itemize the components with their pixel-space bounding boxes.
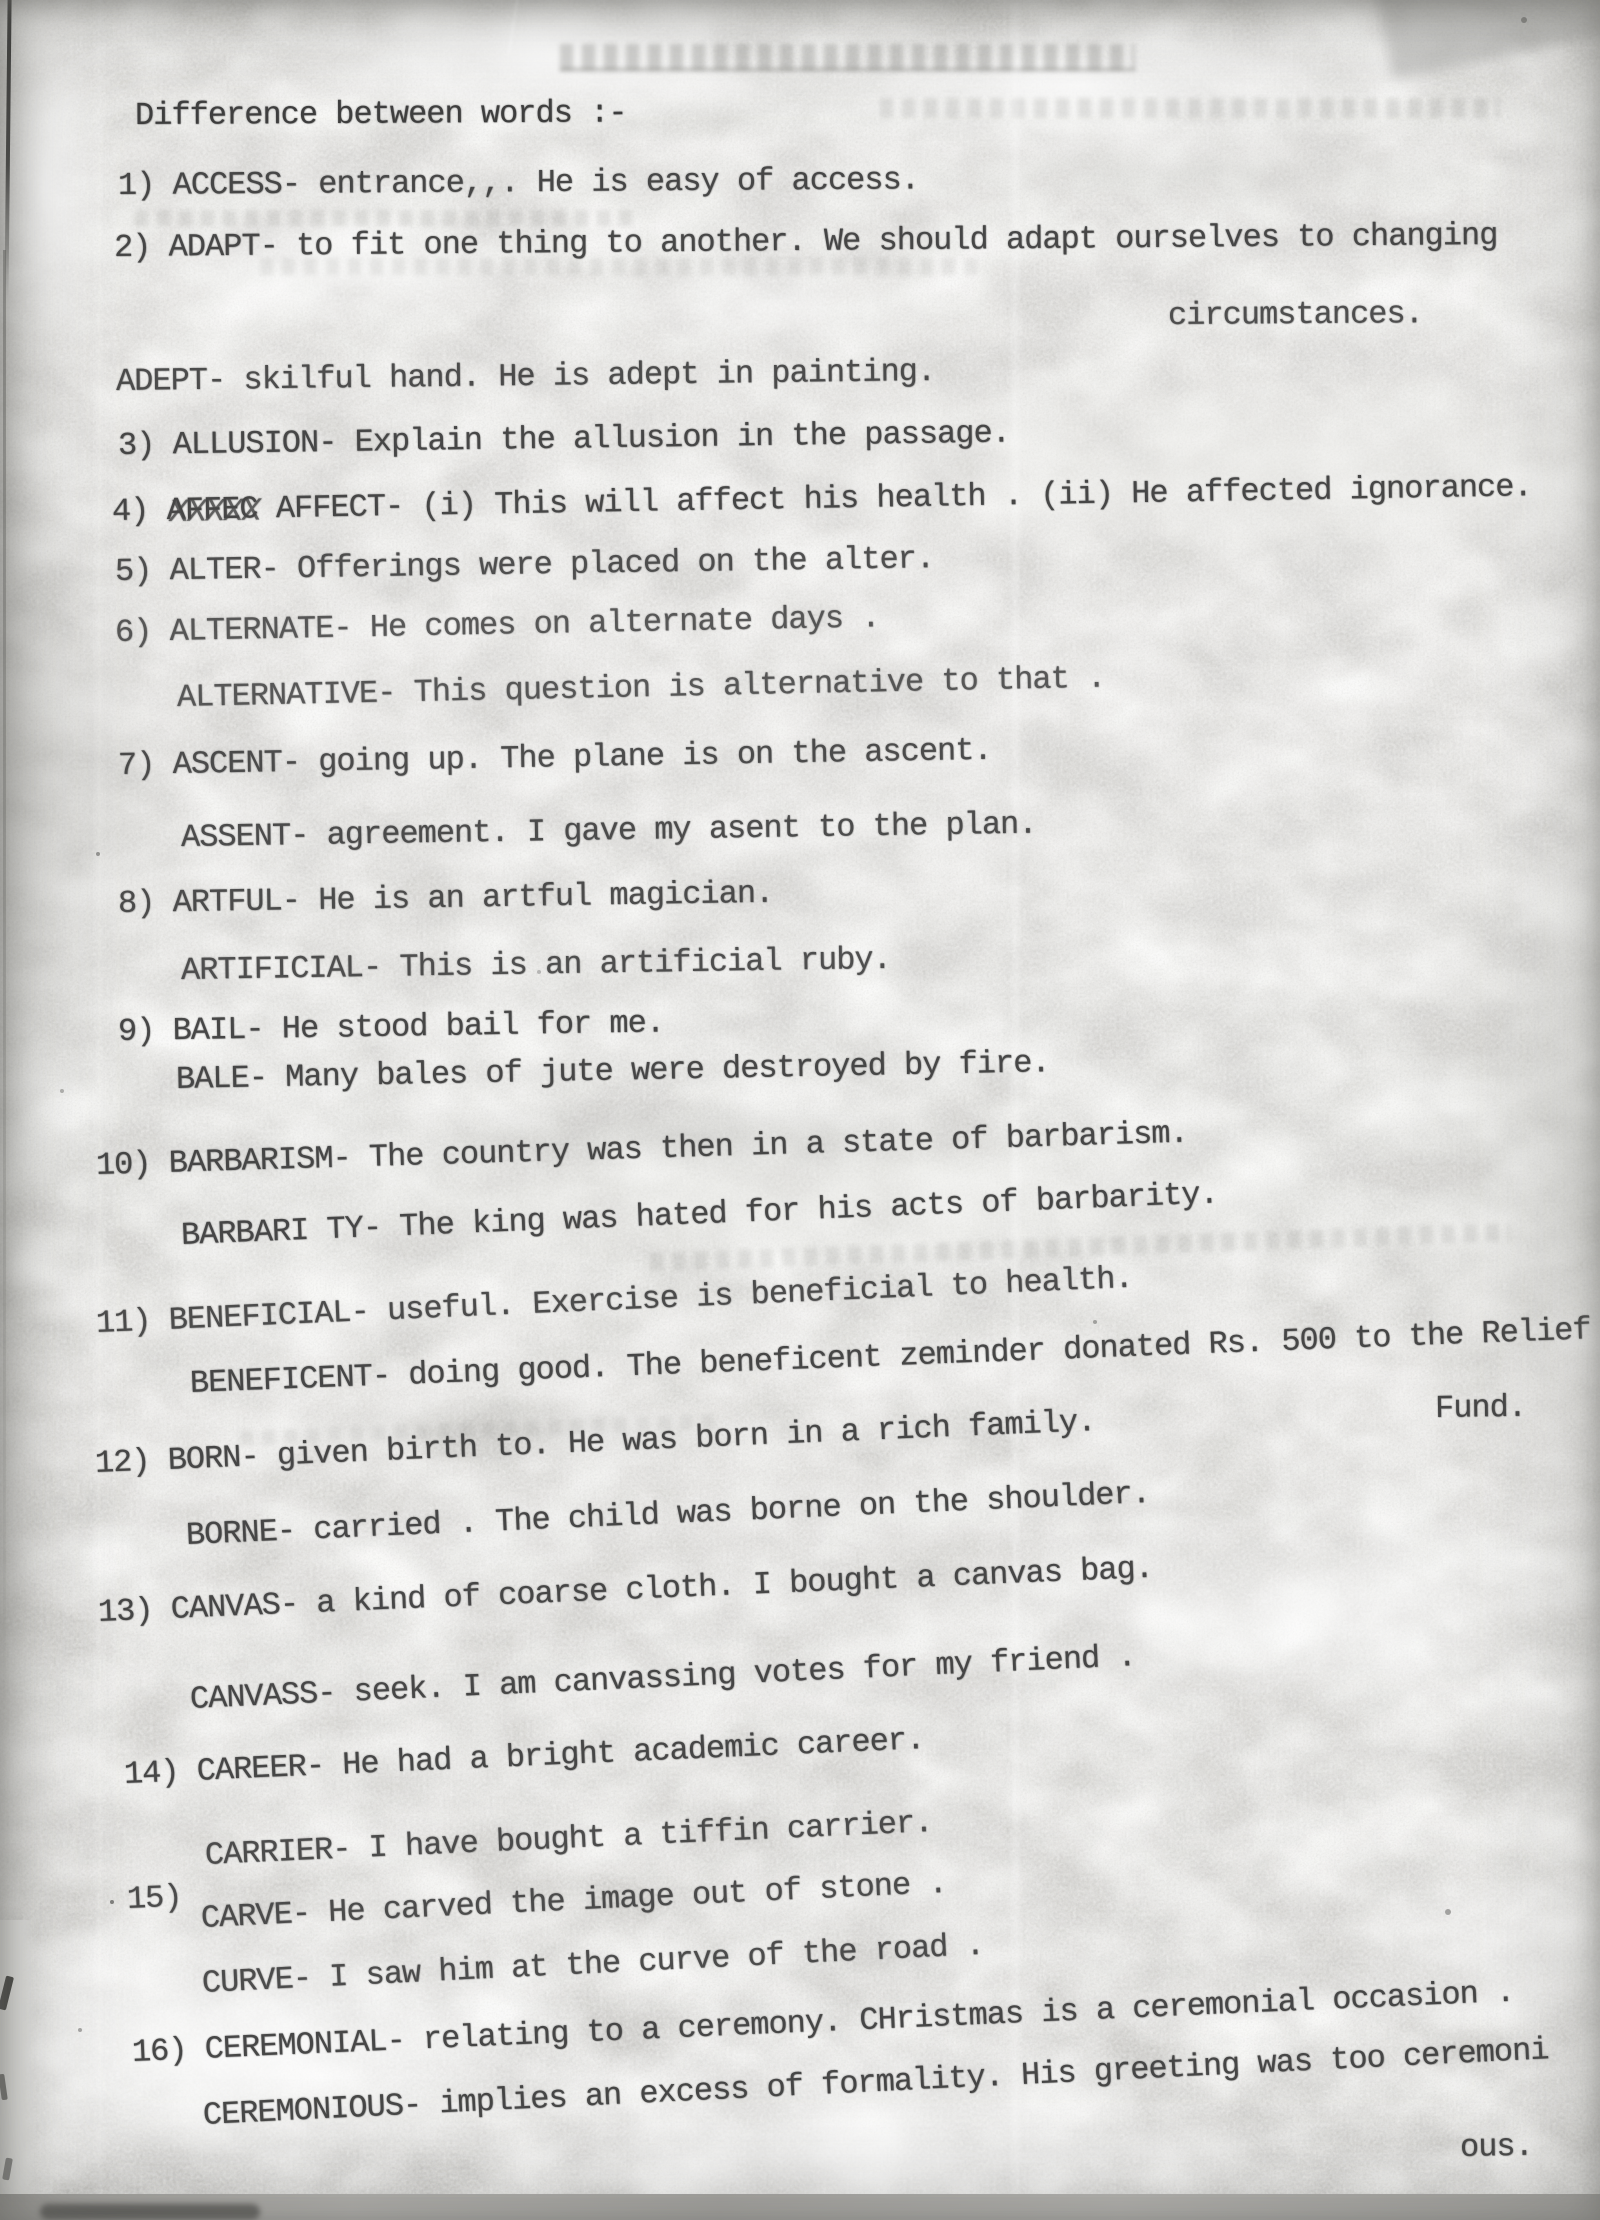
text-line: 12) BORN- given birth to. He was born in…	[94, 1406, 1096, 1480]
text-line: CANVASS- seek. I am canvassing votes for…	[189, 1641, 1136, 1716]
text-line: ADEPT- skilful hand. He is adept in pain…	[116, 356, 935, 398]
text-line: 11) BENEFICIAL- useful. Exercise is bene…	[95, 1263, 1133, 1340]
text-line: ALTERNATIVE- This question is alternativ…	[177, 663, 1106, 714]
text-line: 10) BARBARISM- The country was then in a…	[96, 1118, 1189, 1182]
bottom-edge-shadow	[40, 2204, 260, 2220]
text-line: Fund.	[1435, 1392, 1526, 1425]
text-line: CARRIER- I have bought a tiffin carrier.	[204, 1807, 933, 1872]
text-line: 9) BAIL- He stood bail for me.	[118, 1007, 665, 1048]
page-lines: Difference between words :- 1) ACCESS- e…	[0, 0, 1600, 2220]
text-line: BARBARI TY- The king was hated for his a…	[180, 1178, 1218, 1252]
text-line: 13) CANVAS- a kind of coarse cloth. I bo…	[97, 1553, 1153, 1629]
text-line: 14) CAREER- He had a bright academic car…	[123, 1724, 925, 1791]
text-line: ARTIFICIAL- This is an artificial ruby.	[181, 944, 891, 987]
scanned-document-page: Difference between words :- 1) ACCESS- e…	[0, 0, 1600, 2220]
text-line: circumstances.	[1168, 298, 1423, 332]
text-line: 2) ADAPT- to fit one thing to another. W…	[114, 220, 1498, 264]
text-line: BALE- Many bales of jute were destroyed …	[176, 1047, 1050, 1096]
text-line: 5) ALTER- Offerings were placed on the a…	[115, 543, 935, 588]
crossed-out-word: AFFEC	[166, 493, 258, 527]
text-line: 6) ALTERNATE- He comes on alternate days…	[115, 602, 880, 649]
text-line: CARVE- He carved the image out of stone …	[200, 1868, 947, 1935]
line-text: AFFECT- (i) This will affect his health …	[257, 468, 1532, 527]
text-line: 3) ALLUSION- Explain the allusion in the…	[118, 418, 1010, 462]
text-line: BORNE- carried . The child was borne on …	[185, 1478, 1150, 1552]
page-title: Difference between words :-	[135, 97, 627, 132]
text-line: 7) ASCENT- going up. The plane is on the…	[118, 735, 992, 782]
text-line: 8) ARTFUL- He is an artful magician.	[118, 878, 774, 920]
list-number: 4)	[112, 492, 167, 530]
text-line: ASSENT- agreement. I gave my asent to th…	[181, 809, 1037, 854]
text-line: 4) AFFEC AFFECT- (i) This will affect hi…	[112, 471, 1532, 528]
text-line: CURVE- I saw him at the curve of the roa…	[201, 1930, 984, 2000]
text-line: 1) ACCESS- entrance,,. He is easy of acc…	[118, 164, 919, 202]
text-line: ous.	[1460, 2131, 1533, 2164]
text-line: 15)	[126, 1882, 182, 1916]
